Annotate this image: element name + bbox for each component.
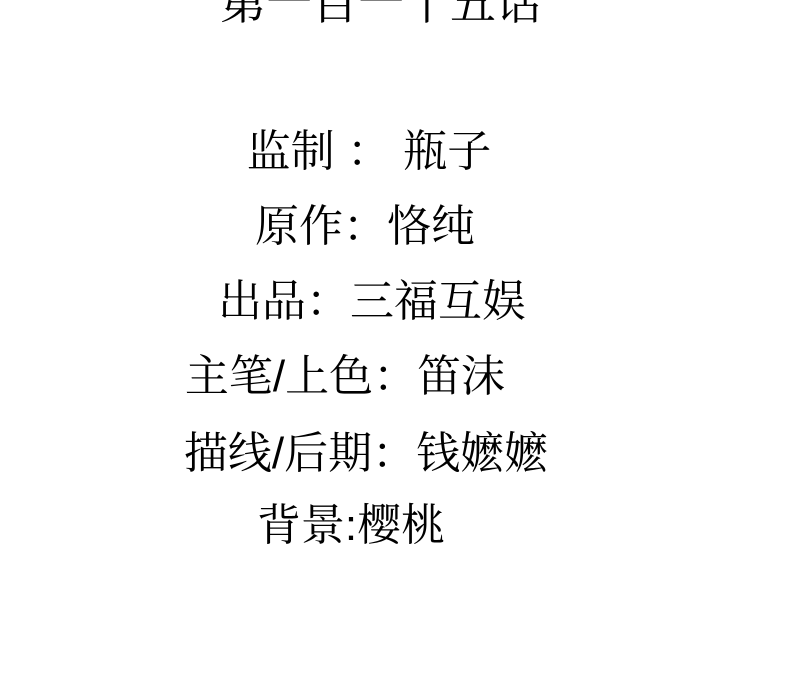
credit-supervisor: 监制 ： 瓶子 — [247, 130, 491, 174]
credit-original-author: 原作：恪纯 — [255, 205, 475, 249]
credits-page: 第一百一十五话 监制 ： 瓶子 原作：恪纯 出品：三福互娱 主笔/上色：笛沫 描… — [0, 0, 800, 675]
credit-artist-colorist: 主笔/上色：笛沫 — [185, 355, 505, 399]
credit-background-artist: 背景:樱桃 — [257, 504, 445, 548]
chapter-title: 第一百一十五话 — [220, 0, 542, 26]
credit-lineart-postproduction: 描线/后期：钱嬷嬷 — [184, 432, 548, 476]
credit-producer: 出品：三福互娱 — [218, 280, 526, 324]
